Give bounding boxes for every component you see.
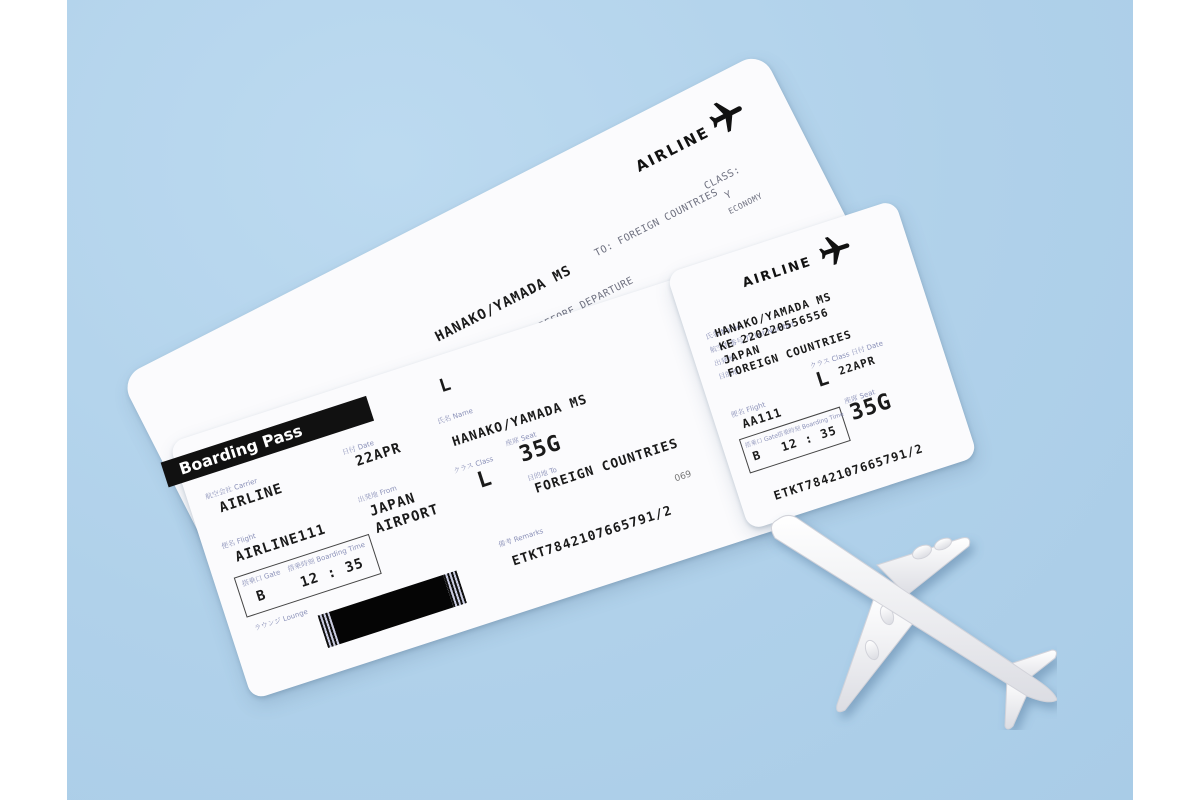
back-ticket-class-code: Y: [723, 189, 734, 202]
top-class-value: L: [437, 374, 455, 398]
back-ticket-to: TO: FOREIGN COUNTRIES: [593, 187, 720, 259]
airplane-icon: [813, 228, 858, 273]
back-ticket-brand: AIRLINE: [633, 123, 713, 176]
toy-airplane: [757, 500, 1057, 730]
stub-brand: AIRLINE: [741, 255, 814, 291]
small-code: 069: [673, 469, 692, 484]
name-label: 氏名 Name: [436, 406, 474, 427]
stub-class: L: [813, 365, 833, 392]
back-ticket-class-label: CLASS:: [703, 165, 743, 193]
photo-background: AIRLINE BOARDING PASS HANAKO/YAMADA MS G…: [67, 0, 1133, 800]
barcode: [329, 575, 454, 644]
class-value: L: [474, 466, 495, 494]
